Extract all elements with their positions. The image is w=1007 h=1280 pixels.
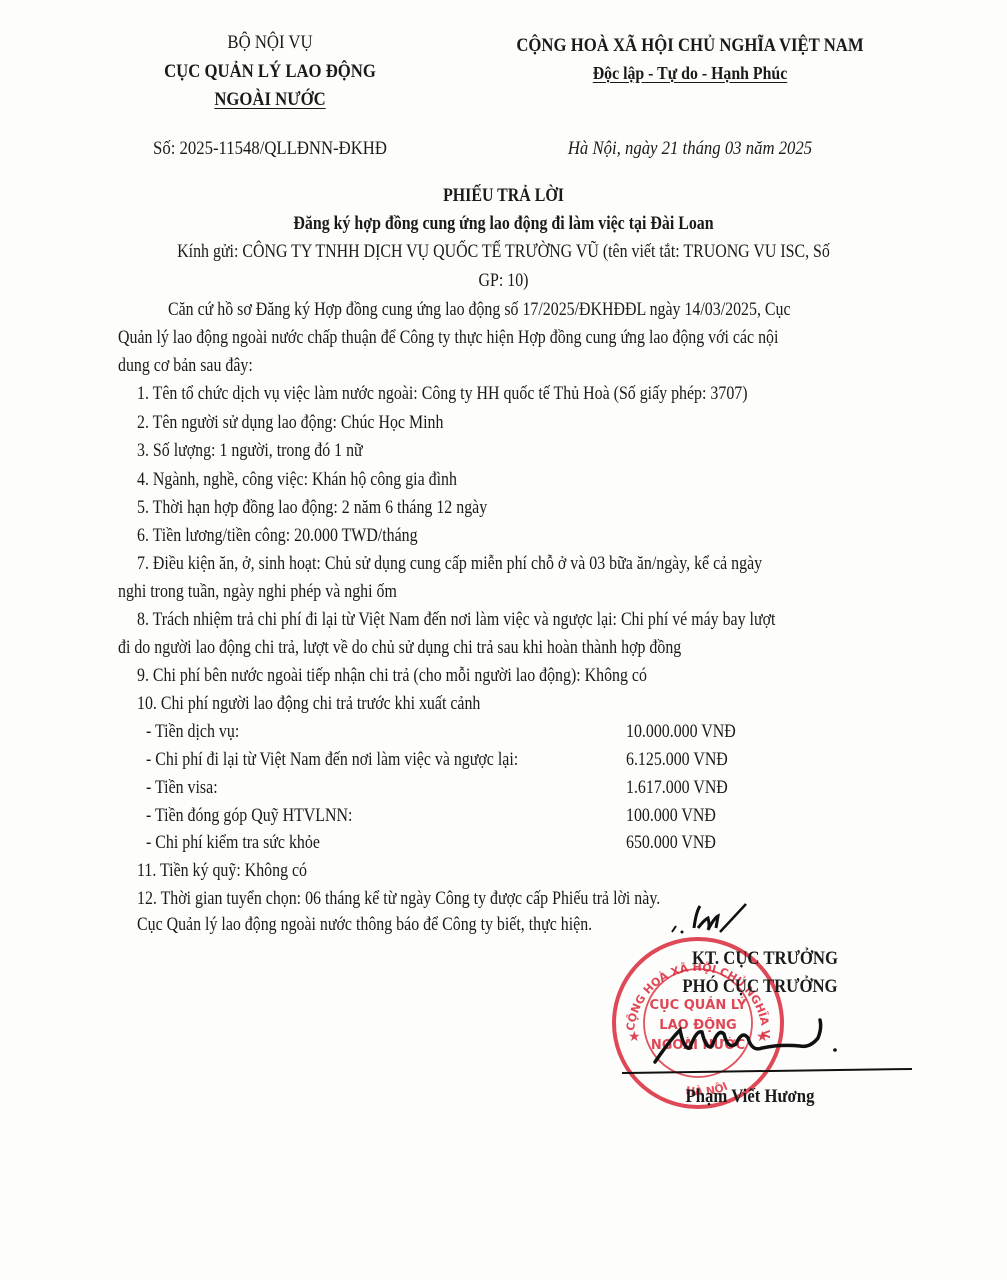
cost-label: - Chi phí đi lại từ Việt Nam đến nơi làm…: [146, 750, 518, 771]
signer-name: Phạm Viết Hương: [671, 1086, 829, 1108]
svg-text:★: ★: [628, 1030, 641, 1045]
place-date: Hà Nội, ngày 21 tháng 03 năm 2025: [496, 138, 883, 160]
cost-label: - Tiền đóng góp Quỹ HTVLNN:: [146, 806, 352, 827]
item-2: 2. Tên người sử dụng lao động: Chúc Học …: [137, 413, 443, 434]
national-motto: Độc lập - Tự do - Hạnh Phúc: [496, 63, 883, 84]
reference-number: Số: 2025-11548/QLLĐNN-ĐKHĐ: [129, 138, 411, 160]
item-7-line1: 7. Điều kiện ăn, ở, sinh hoạt: Chủ sử dụ…: [137, 554, 762, 575]
item-8-line2: đi do người lao động chi trả, lượt về do…: [118, 638, 681, 659]
item-11: 11. Tiền ký quỹ: Không có: [137, 861, 307, 882]
document-subtitle: Đăng ký hợp đồng cung ứng lao động đi là…: [70, 214, 936, 235]
cost-label: - Tiền visa:: [146, 778, 218, 799]
cost-amount: 650.000 VNĐ: [626, 833, 716, 854]
item-9: 9. Chi phí bên nước ngoài tiếp nhận chi …: [137, 666, 647, 687]
item-5: 5. Thời hạn hợp đồng lao động: 2 năm 6 t…: [137, 498, 487, 519]
item-10-heading: 10. Chi phí người lao động chi trả trước…: [137, 694, 480, 715]
cost-label: - Chi phí kiểm tra sức khỏe: [146, 833, 320, 854]
item-7-line2: nghi trong tuần, ngày nghi phép và nghi …: [118, 582, 397, 603]
item-4: 4. Ngành, nghề, công việc: Khán hộ công …: [137, 470, 457, 491]
item-1: 1. Tên tổ chức dịch vụ việc làm nước ngo…: [137, 384, 748, 405]
department-name-line2: NGOÀI NƯỚC: [129, 89, 411, 111]
closing-statement: Cục Quản lý lao động ngoài nước thông bá…: [137, 915, 592, 936]
initials-mark-icon: [668, 898, 753, 938]
cost-amount: 6.125.000 VNĐ: [626, 750, 728, 771]
department-name-line1: CỤC QUẢN LÝ LAO ĐỘNG: [129, 61, 411, 83]
intro-line2: Quản lý lao động ngoài nước chấp thuận đ…: [118, 328, 778, 349]
cost-amount: 100.000 VNĐ: [626, 806, 716, 827]
handwritten-signature-icon: [650, 1010, 850, 1070]
intro-line3: dung cơ bản sau đây:: [118, 356, 253, 377]
signature-title-line2: PHÓ CỤC TRƯỞNG: [672, 976, 848, 998]
cost-amount: 1.617.000 VNĐ: [626, 778, 728, 799]
intro-line1: Căn cứ hồ sơ Đăng ký Hợp đồng cung ứng l…: [168, 300, 791, 321]
item-8-line1: 8. Trách nhiệm trả chi phí đi lại từ Việ…: [137, 610, 775, 631]
document-title: PHIẾU TRẢ LỜI: [70, 186, 936, 207]
cost-label: - Tiền dịch vụ:: [146, 722, 239, 743]
item-12: 12. Thời gian tuyển chọn: 06 tháng kể từ…: [137, 889, 660, 910]
recipient-line1: Kính gửi: CÔNG TY TNHH DỊCH VỤ QUỐC TẾ T…: [70, 242, 936, 263]
cost-amount: 10.000.000 VNĐ: [626, 722, 736, 743]
ministry-name: BỘ NỘI VỤ: [129, 32, 411, 54]
national-title: CỘNG HOÀ XÃ HỘI CHỦ NGHĨA VIỆT NAM: [496, 35, 883, 57]
recipient-line2: GP: 10): [70, 271, 936, 292]
item-3: 3. Số lượng: 1 người, trong đó 1 nữ: [137, 441, 363, 462]
signature-title-line1: KT. CỤC TRƯỞNG: [681, 948, 848, 970]
item-6: 6. Tiền lương/tiền công: 20.000 TWD/thán…: [137, 526, 418, 547]
